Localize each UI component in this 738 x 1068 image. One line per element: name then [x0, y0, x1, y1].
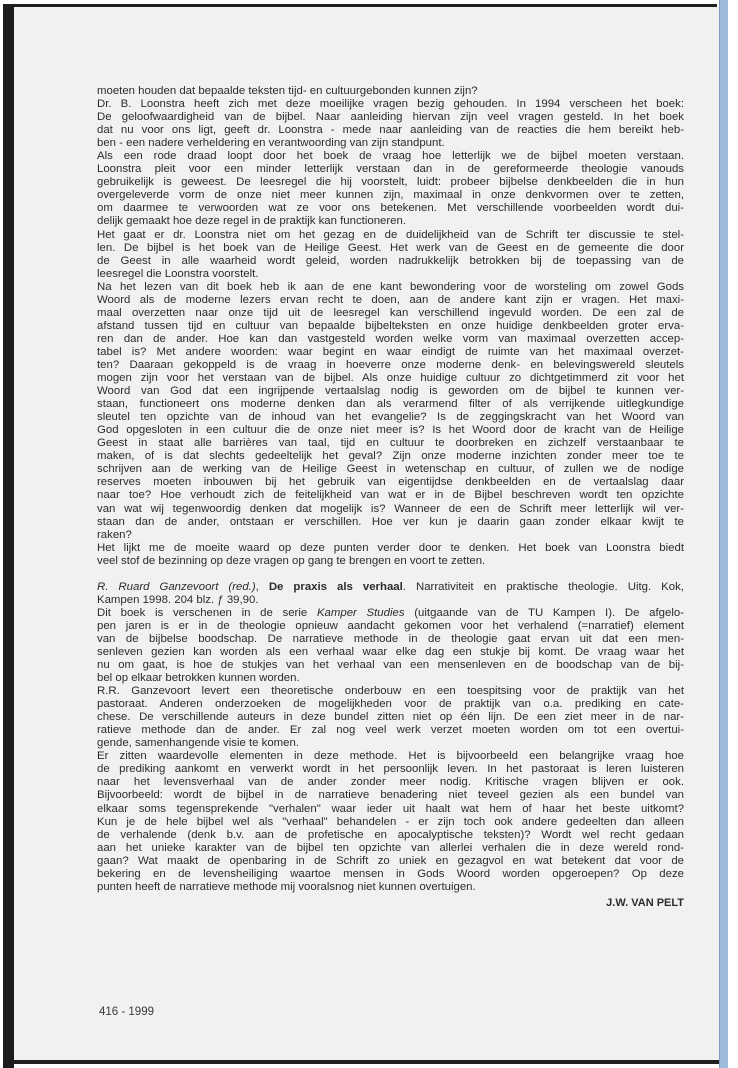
text-line: pen jaren is er in de theologie opnieuw …: [97, 620, 684, 633]
reviewer-signature: J.W. VAN PELT: [97, 897, 684, 910]
text-line: Kun je de hele bijbel wel als "verhaal" …: [97, 816, 684, 829]
paragraph: Dit boek is verschenen in de serie Kampe…: [97, 607, 684, 685]
text-line: de Geest in alle waarheid wordt geleid, …: [97, 255, 684, 268]
text-line: afstand tussen tijd en cultuur van bepaa…: [97, 320, 684, 333]
page-number: 416 - 1999: [99, 1006, 154, 1018]
text-line: van wat wij tegenwoordig denken dat moge…: [97, 503, 684, 516]
text-line: mogen zijn voor het verstaan van de bijb…: [97, 372, 684, 385]
text-line: gebruikelijk is geweest. De leesregel di…: [97, 176, 684, 189]
text-line: delijk gemaakt hoe deze regel in de prak…: [97, 215, 684, 228]
scan-top-border: [3, 4, 717, 7]
scan-right-margin: [728, 0, 738, 1068]
text-line: punten heeft de narratieve methode mij v…: [97, 881, 684, 894]
text-line: bekering en de levensheiliging waartoe m…: [97, 868, 684, 881]
citation-details: . Narrativiteit en praktische theologie.…: [403, 581, 684, 593]
text-line: Woord als de moderne lezers ervan recht …: [97, 294, 684, 307]
text-line: Het gaat er dr. Loonstra niet om het gez…: [97, 229, 684, 242]
paragraph: Als een rode draad loopt door het boek d…: [97, 150, 684, 228]
text-line: Bijvoorbeeld: wordt de bijbel in de narr…: [97, 789, 684, 802]
scan-bottom-border: [14, 1060, 720, 1064]
intro-text: (uitgaande van de TU Kampen I). De afgel…: [405, 607, 684, 619]
text-line: leesregel die Loonstra voorstelt.: [97, 268, 684, 281]
text-line: om daarmee te verwoorden wat ze voor ons…: [97, 202, 684, 215]
citation-title: De praxis als verhaal: [269, 581, 403, 593]
text-line: de prediking aankomt en verwerkt wordt i…: [97, 763, 684, 776]
body-text-column: moeten houden dat bepaalde teksten tijd-…: [97, 85, 684, 910]
text-line: overgeleverde vorm de onze niet meer kun…: [97, 189, 684, 202]
text-line: Na het lezen van dit boek heb ik aan de …: [97, 281, 684, 294]
text-line: raken?: [97, 529, 684, 542]
citation-author: R. Ruard Ganzevoort (red.): [97, 581, 256, 593]
text-line: Woord van God dat een ingrijpende vertaa…: [97, 385, 684, 398]
text-line: veel stof de bezinning op deze vragen op…: [97, 555, 684, 568]
text-line: naar toe? Hoe verhoudt zich de feitelijk…: [97, 489, 684, 502]
text-line: bel op elkaar betrokken kunnen worden.: [97, 672, 684, 685]
text-line: reserves moeten inbouwen bij het gebruik…: [97, 476, 684, 489]
citation-separator: ,: [256, 581, 269, 593]
text-line: Er zitten waardevolle elementen in deze …: [97, 750, 684, 763]
text-line: gende, samenhangende visie te komen.: [97, 737, 684, 750]
paragraph: R.R. Ganzevoort levert een theoretische …: [97, 685, 684, 750]
text-line: senleven gezien kan worden als een verha…: [97, 646, 684, 659]
text-line: elkaar soms tegensprekende "verhalen" wa…: [97, 803, 684, 816]
text-line: maken, of is dat slechts gedeeltelijk he…: [97, 450, 684, 463]
citation-publisher-line: Kampen 1998. 204 blz. ƒ 39,90.: [97, 594, 684, 607]
text-line: maal overzetten naar onze tijd uit de le…: [97, 307, 684, 320]
text-line: gaan? Wat maakt de openbaring in de Schr…: [97, 855, 684, 868]
text-line: R.R. Ganzevoort levert een theoretische …: [97, 685, 684, 698]
text-line: van de bijbelse boodschap. De narratieve…: [97, 633, 684, 646]
text-line: len. De bijbel is het boek van de Heilig…: [97, 242, 684, 255]
text-line: staan, functioneert ons moderne denken d…: [97, 398, 684, 411]
text-line: Loonstra pleit voor een minder letterlij…: [97, 163, 684, 176]
text-line: aan het unieke karakter van de bijbel te…: [97, 842, 684, 855]
review-loonstra: moeten houden dat bepaalde teksten tijd-…: [97, 85, 684, 568]
text-line: sleutel ten opzichte van de inhoud van h…: [97, 411, 684, 424]
text-line: Dit boek is verschenen in de serie Kampe…: [97, 607, 684, 620]
text-line: pastoraat. Anderen onderzoeken de mogeli…: [97, 698, 684, 711]
series-title: Kamper Studies: [317, 607, 405, 619]
paragraph: Het gaat er dr. Loonstra niet om het gez…: [97, 229, 684, 281]
text-line: ren dan de ander. Hoe kan dan vastgestel…: [97, 333, 684, 346]
text-line: dat nu voor ons ligt, geeft dr. Loonstra…: [97, 124, 684, 137]
text-line: de verhalende (denk b.v. aan de profetis…: [97, 829, 684, 842]
paragraph: Er zitten waardevolle elementen in deze …: [97, 750, 684, 894]
text-line: Het lijkt me de moeite waard op deze pun…: [97, 542, 684, 555]
scanned-page-frame: moeten houden dat bepaalde teksten tijd-…: [0, 0, 738, 1068]
text-line: moeten houden dat bepaalde teksten tijd-…: [97, 85, 684, 98]
text-line: tabel is? Met andere woorden: waar begin…: [97, 346, 684, 359]
paragraph: Het lijkt me de moeite waard op deze pun…: [97, 542, 684, 568]
text-line: nu om gaat, is hoe de stukjes van het ve…: [97, 659, 684, 672]
scan-left-border: [3, 4, 14, 1068]
book-citation: R. Ruard Ganzevoort (red.), De praxis al…: [97, 581, 684, 607]
text-line: Als een rode draad loopt door het boek d…: [97, 150, 684, 163]
text-line: God opgesloten in een cultuur die de onz…: [97, 424, 684, 437]
paragraph: Na het lezen van dit boek heb ik aan de …: [97, 281, 684, 542]
text-line: chese. De verschillende auteurs in deze …: [97, 711, 684, 724]
text-line: Dr. B. Loonstra heeft zich met deze moei…: [97, 98, 684, 111]
intro-text: Dit boek is verschenen in de serie: [97, 607, 317, 619]
text-line: De geloofwaardigheid van de bijbel. Naar…: [97, 111, 684, 124]
citation-line: R. Ruard Ganzevoort (red.), De praxis al…: [97, 581, 684, 594]
text-line: staan dan de ander, ontstaan er verschil…: [97, 516, 684, 529]
text-line: schrijven aan de werking van de Heilige …: [97, 463, 684, 476]
text-line: naar het levensverhaal van de ander zond…: [97, 776, 684, 789]
review-ganzevoort: R. Ruard Ganzevoort (red.), De praxis al…: [97, 581, 684, 910]
text-line: ten? Daaraan gekoppeld is de vraag in ho…: [97, 359, 684, 372]
text-line: Geest in staat alle barrières van taal, …: [97, 437, 684, 450]
paragraph: moeten houden dat bepaalde teksten tijd-…: [97, 85, 684, 98]
text-line: ratieve methode dan de ander. Er zal nog…: [97, 724, 684, 737]
text-line: ben - een nadere verheldering en verantw…: [97, 137, 684, 150]
paragraph: Dr. B. Loonstra heeft zich met deze moei…: [97, 98, 684, 150]
